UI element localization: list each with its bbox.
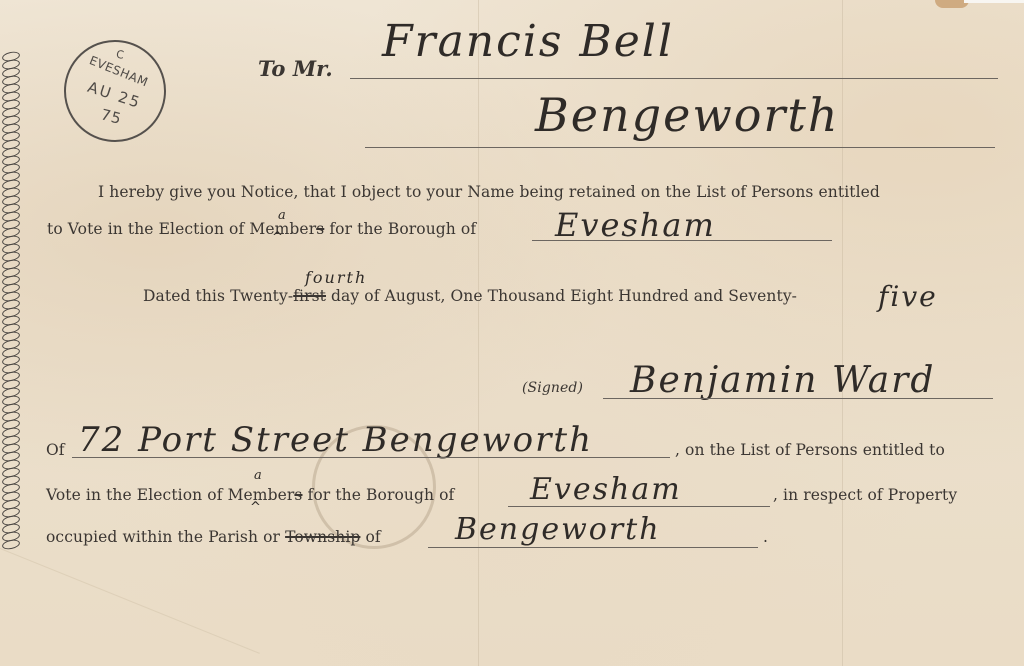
objector-borough-line [508,506,770,507]
struck-day-word: first [293,287,326,305]
fold-crease [478,0,479,666]
struck-plural: s [294,486,302,504]
notice-line-1: I hereby give you Notice, that I object … [98,183,880,201]
inserted-day-word: fourth [305,268,367,287]
objector-parish-line [428,547,758,548]
notice-borough-line [532,240,832,241]
objector-line-3-of: of [365,528,380,546]
objector-line-3: occupied within the Parish or Township o… [46,528,381,546]
signed-label: (Signed) [522,380,583,396]
objector-address-line [72,457,670,458]
objector-line-2-suffix: for the Borough of [308,486,455,504]
objector-borough: Evesham [530,472,682,507]
notice-line-2-suffix: for the Borough of [329,220,476,238]
notice-line-2: to Vote in the Election of Members for t… [47,220,476,238]
objector-line-3-prefix: occupied within the Parish or [46,528,280,546]
struck-plural: s [316,220,324,238]
dated-prefix: Dated this Twenty- [143,287,293,305]
dated-line: Dated this Twenty-first day of August, O… [143,287,797,305]
struck-township: Township [285,528,360,546]
recipient-name-line [350,78,998,79]
torn-corner [964,0,1024,3]
inserted-article: a [254,468,262,483]
recipient-place-line [365,147,995,148]
notice-line-2-prefix: to Vote in the Election of [47,220,244,238]
to-label: To Mr. [258,56,333,81]
objector-line-2-prefix: Vote in the Election of [46,486,223,504]
objector-line-2-end: , in respect of Property [773,486,957,504]
dated-middle: day of August, One Thousand Eight Hundre… [331,287,797,305]
fold-crease [842,0,843,666]
spiral-binding [2,52,24,548]
objector-line-1-suffix: , on the List of Persons entitled to [675,441,945,459]
member-word: Member [228,486,295,504]
notice-borough: Evesham [555,206,716,244]
recipient-place: Bengeworth [535,88,840,142]
of-label: Of [46,441,65,459]
recipient-name: Francis Bell [382,16,674,67]
insertion-caret: ^ [272,230,283,245]
inserted-article: a [278,208,286,223]
signature-line [603,398,993,399]
objector-address: 72 Port Street Bengeworth [78,420,593,460]
objector-parish: Bengeworth [455,512,661,547]
insertion-caret: ^ [250,500,261,515]
year-word: five [878,280,938,313]
signature-name: Benjamin Ward [630,360,935,401]
objector-line-3-end: . [763,528,768,546]
